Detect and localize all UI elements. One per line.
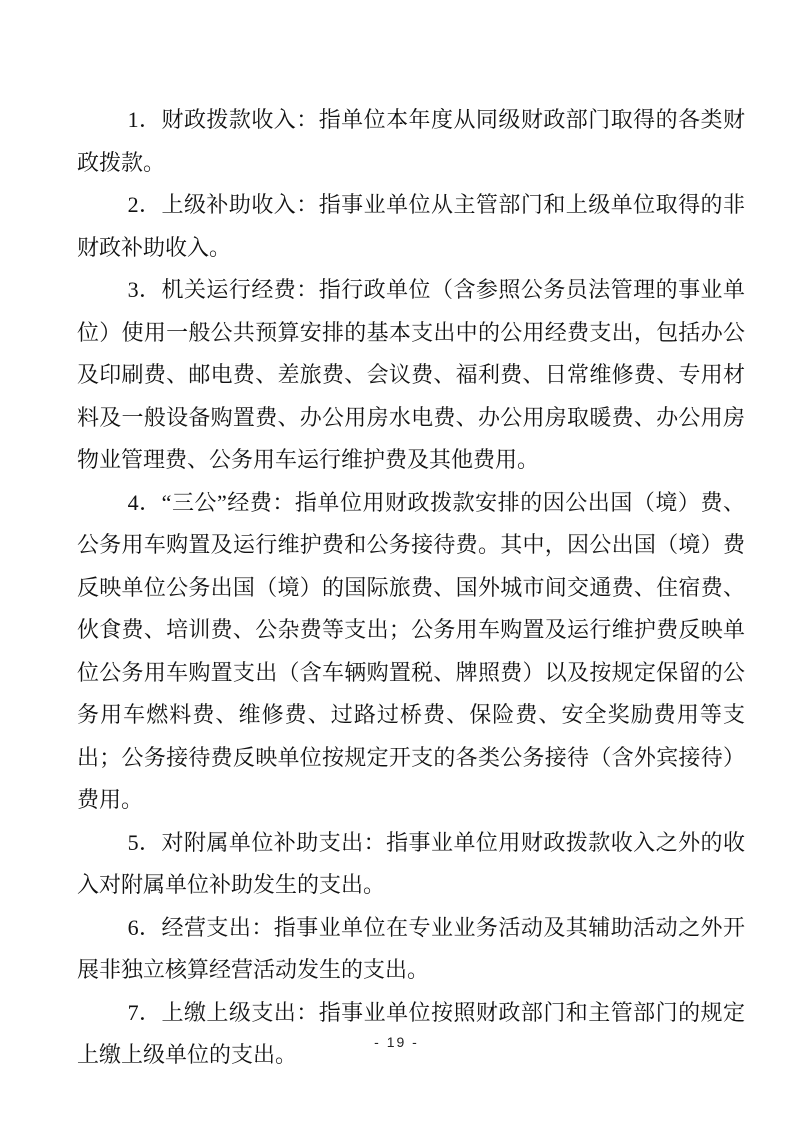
document-body: 1．财政拨款收入：指单位本年度从同级财政部门取得的各类财政拨款。 2．上级补助收… xyxy=(77,99,745,1077)
paragraph-fiscal-appropriation-income: 1．财政拨款收入：指单位本年度从同级财政部门取得的各类财政拨款。 xyxy=(77,99,745,184)
document-page: 1．财政拨款收入：指单位本年度从同级财政部门取得的各类财政拨款。 2．上级补助收… xyxy=(0,0,793,1122)
paragraph-agency-operating-funds: 3．机关运行经费：指行政单位（含参照公务员法管理的事业单位）使用一般公共预算安排… xyxy=(77,269,745,482)
paragraph-three-public-expenses: 4．“三公”经费：指单位用财政拨款安排的因公出国（境）费、公务用车购置及运行维护… xyxy=(77,482,745,822)
paragraph-subsidy-to-affiliated-units: 5．对附属单位补助支出：指事业单位用财政拨款收入之外的收入对附属单位补助发生的支… xyxy=(77,822,745,907)
page-number: - 19 - xyxy=(374,1034,419,1050)
paragraph-superior-subsidy-income: 2．上级补助收入：指事业单位从主管部门和上级单位取得的非财政补助收入。 xyxy=(77,184,745,269)
page-footer: - 19 - xyxy=(0,1034,793,1052)
paragraph-operating-expenditure: 6．经营支出：指事业单位在专业业务活动及其辅助活动之外开展非独立核算经营活动发生… xyxy=(77,907,745,992)
